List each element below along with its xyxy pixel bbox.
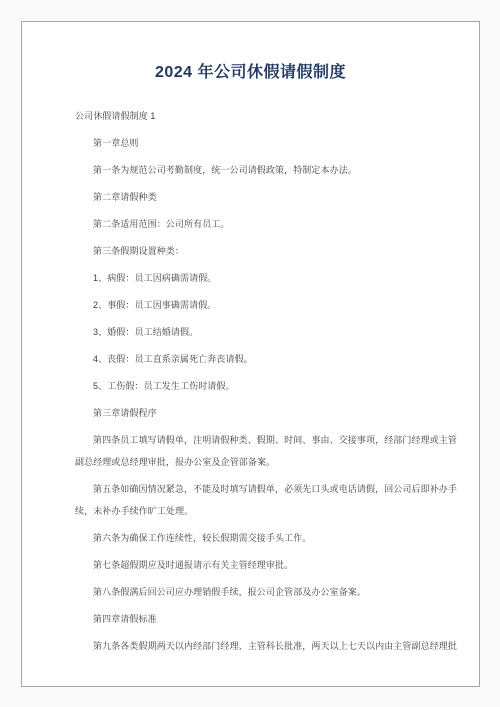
- paragraph: 3、婚假：员工结婚请假。: [75, 321, 439, 343]
- paragraph-line: 第三章请假程序: [75, 402, 439, 424]
- paragraph-line: 第五条如确因情况紧急，不能及时填写请假单，必须先口头或电话请假，回公司后即补办手: [75, 478, 439, 500]
- paragraph-line: 5、工伤假：员工发生工伤时请假。: [75, 375, 439, 397]
- paragraph: 第五条如确因情况紧急，不能及时填写请假单，必须先口头或电话请假，回公司后即补办手…: [75, 478, 439, 522]
- paragraph: 第四章请假标准: [75, 608, 439, 630]
- document-body: 公司休假请假制度 1第一章总则第一条为规范公司考勤制度，统一公司请假政策，特制定…: [75, 105, 439, 657]
- paragraph-line: 第四条员工填写请假单，注明请假种类、假期、时间、事由、交接事项，经部门经理或主管: [75, 429, 439, 451]
- paragraph: 第三章请假程序: [75, 402, 439, 424]
- paragraph-line: 第一条为规范公司考勤制度，统一公司请假政策，特制定本办法。: [75, 159, 439, 181]
- paragraph: 4、丧假：员工直系亲属死亡奔丧请假。: [75, 348, 439, 370]
- paragraph: 第一条为规范公司考勤制度，统一公司请假政策，特制定本办法。: [75, 159, 439, 181]
- paragraph-line: 第六条为确保工作连续性，较长假期需交接手头工作。: [75, 527, 439, 549]
- document-page: 2024 年公司休假请假制度 公司休假请假制度 1第一章总则第一条为规范公司考勤…: [21, 21, 480, 687]
- paragraph: 第六条为确保工作连续性，较长假期需交接手头工作。: [75, 527, 439, 549]
- paragraph: 2、事假：员工因事确需请假。: [75, 294, 439, 316]
- paragraph-line: 公司休假请假制度 1: [75, 105, 439, 127]
- paragraph-line: 第八条假满后回公司应办理销假手续，报公司企管部及办公室备案。: [75, 581, 439, 603]
- document-title: 2024 年公司休假请假制度: [22, 63, 479, 83]
- paragraph-line: 第二条适用范围：公司所有员工。: [75, 213, 439, 235]
- paragraph-line: 1、病假：员工因病确需请假。: [75, 267, 439, 289]
- paragraph: 5、工伤假：员工发生工伤时请假。: [75, 375, 439, 397]
- paragraph: 第二条适用范围：公司所有员工。: [75, 213, 439, 235]
- paragraph: 第一章总则: [75, 132, 439, 154]
- paragraph-line: 2、事假：员工因事确需请假。: [75, 294, 439, 316]
- paragraph-line: 4、丧假：员工直系亲属死亡奔丧请假。: [75, 348, 439, 370]
- paragraph: 1、病假：员工因病确需请假。: [75, 267, 439, 289]
- paragraph-line: 第一章总则: [75, 132, 439, 154]
- paragraph-line: 3、婚假：员工结婚请假。: [75, 321, 439, 343]
- paragraph-line: 第七条超假期应及时通报请示有关主管经理审批。: [75, 554, 439, 576]
- paragraph-line: 第九条各类假期两天以内经部门经理、主管科长批准，两天以上七天以内由主管副总经理批: [75, 635, 439, 657]
- paragraph: 公司休假请假制度 1: [75, 105, 439, 127]
- paragraph: 第七条超假期应及时通报请示有关主管经理审批。: [75, 554, 439, 576]
- paragraph-line: 第三条假期设置种类：: [75, 240, 439, 262]
- paragraph: 第四条员工填写请假单，注明请假种类、假期、时间、事由、交接事项，经部门经理或主管…: [75, 429, 439, 473]
- paragraph: 第三条假期设置种类：: [75, 240, 439, 262]
- paragraph: 第九条各类假期两天以内经部门经理、主管科长批准，两天以上七天以内由主管副总经理批: [75, 635, 439, 657]
- document-canvas: 2024 年公司休假请假制度 公司休假请假制度 1第一章总则第一条为规范公司考勤…: [0, 0, 500, 707]
- paragraph: 第八条假满后回公司应办理销假手续，报公司企管部及办公室备案。: [75, 581, 439, 603]
- paragraph-line: 第二章请假种类: [75, 186, 439, 208]
- paragraph-line: 第四章请假标准: [75, 608, 439, 630]
- paragraph: 第二章请假种类: [75, 186, 439, 208]
- paragraph-line: 续，未补办手续作旷工处理。: [75, 500, 439, 522]
- paragraph-line: 副总经理或总经理审批，报办公室及企管部备案。: [75, 451, 439, 473]
